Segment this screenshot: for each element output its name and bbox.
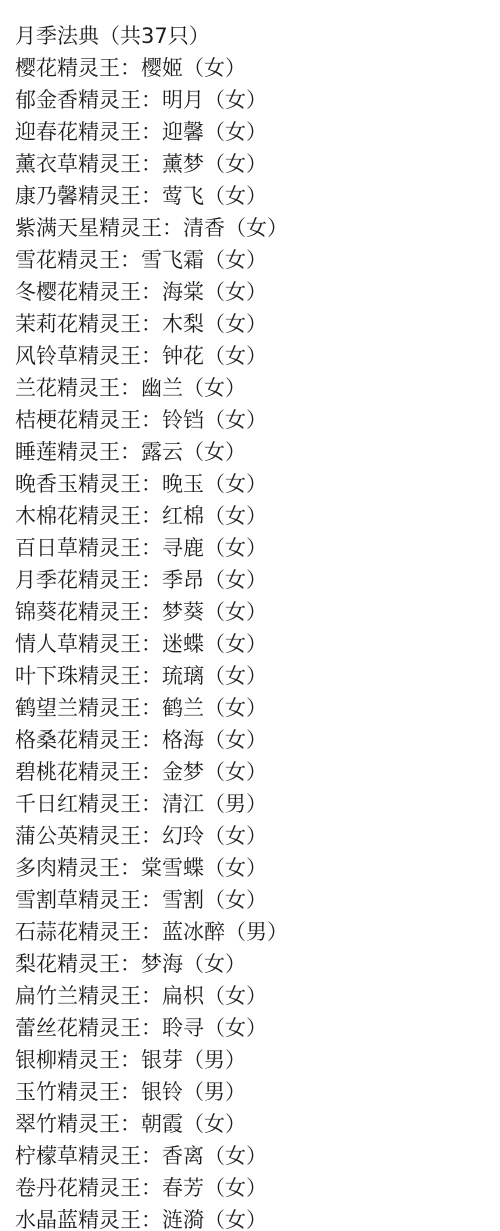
list-item: 水晶蓝精灵王：涟漪（女）: [15, 1204, 495, 1231]
list-item: 蒲公英精灵王：幻玲（女）: [15, 820, 495, 852]
list-item: 冬樱花精灵王：海棠（女）: [15, 276, 495, 308]
list-item: 桔梗花精灵王：铃铛（女）: [15, 404, 495, 436]
list-item: 晚香玉精灵王：晚玉（女）: [15, 468, 495, 500]
list-item: 薰衣草精灵王：薰梦（女）: [15, 148, 495, 180]
list-item: 石蒜花精灵王：蓝冰醉（男）: [15, 916, 495, 948]
list-item: 樱花精灵王：樱姬（女）: [15, 52, 495, 84]
list-item: 锦葵花精灵王：梦葵（女）: [15, 596, 495, 628]
list-item: 玉竹精灵王：银铃（男）: [15, 1076, 495, 1108]
list-item: 月季花精灵王：季昂（女）: [15, 564, 495, 596]
list-item: 睡莲精灵王：露云（女）: [15, 436, 495, 468]
list-item: 梨花精灵王：梦海（女）: [15, 948, 495, 980]
list-item: 雪割草精灵王：雪割（女）: [15, 884, 495, 916]
list-item: 百日草精灵王：寻鹿（女）: [15, 532, 495, 564]
list-item: 格桑花精灵王：格海（女）: [15, 724, 495, 756]
list-item: 多肉精灵王：棠雪蝶（女）: [15, 852, 495, 884]
list-item: 翠竹精灵王：朝霞（女）: [15, 1108, 495, 1140]
list-item: 蕾丝花精灵王：聆寻（女）: [15, 1012, 495, 1044]
list-item: 兰花精灵王：幽兰（女）: [15, 372, 495, 404]
list-item: 紫满天星精灵王：清香（女）: [15, 212, 495, 244]
list-item: 鹤望兰精灵王：鹤兰（女）: [15, 692, 495, 724]
list-item: 碧桃花精灵王：金梦（女）: [15, 756, 495, 788]
list-item: 柠檬草精灵王：香离（女）: [15, 1140, 495, 1172]
list-item: 扁竹兰精灵王：扁枳（女）: [15, 980, 495, 1012]
list-item: 千日红精灵王：清江（男）: [15, 788, 495, 820]
list-item: 郁金香精灵王：明月（女）: [15, 84, 495, 116]
list-item: 茉莉花精灵王：木梨（女）: [15, 308, 495, 340]
list-item: 迎春花精灵王：迎馨（女）: [15, 116, 495, 148]
list-item: 叶下珠精灵王：琉璃（女）: [15, 660, 495, 692]
list-item: 雪花精灵王：雪飞霜（女）: [15, 244, 495, 276]
list-item: 木棉花精灵王：红棉（女）: [15, 500, 495, 532]
list-item: 康乃馨精灵王：莺飞（女）: [15, 180, 495, 212]
list-item: 银柳精灵王：银芽（男）: [15, 1044, 495, 1076]
list-item: 卷丹花精灵王：春芳（女）: [15, 1172, 495, 1204]
document-title: 月季法典（共37只）: [15, 20, 495, 52]
list-item: 情人草精灵王：迷蝶（女）: [15, 628, 495, 660]
list-item: 风铃草精灵王：钟花（女）: [15, 340, 495, 372]
document-body: 月季法典（共37只） 樱花精灵王：樱姬（女） 郁金香精灵王：明月（女） 迎春花精…: [15, 20, 495, 1231]
